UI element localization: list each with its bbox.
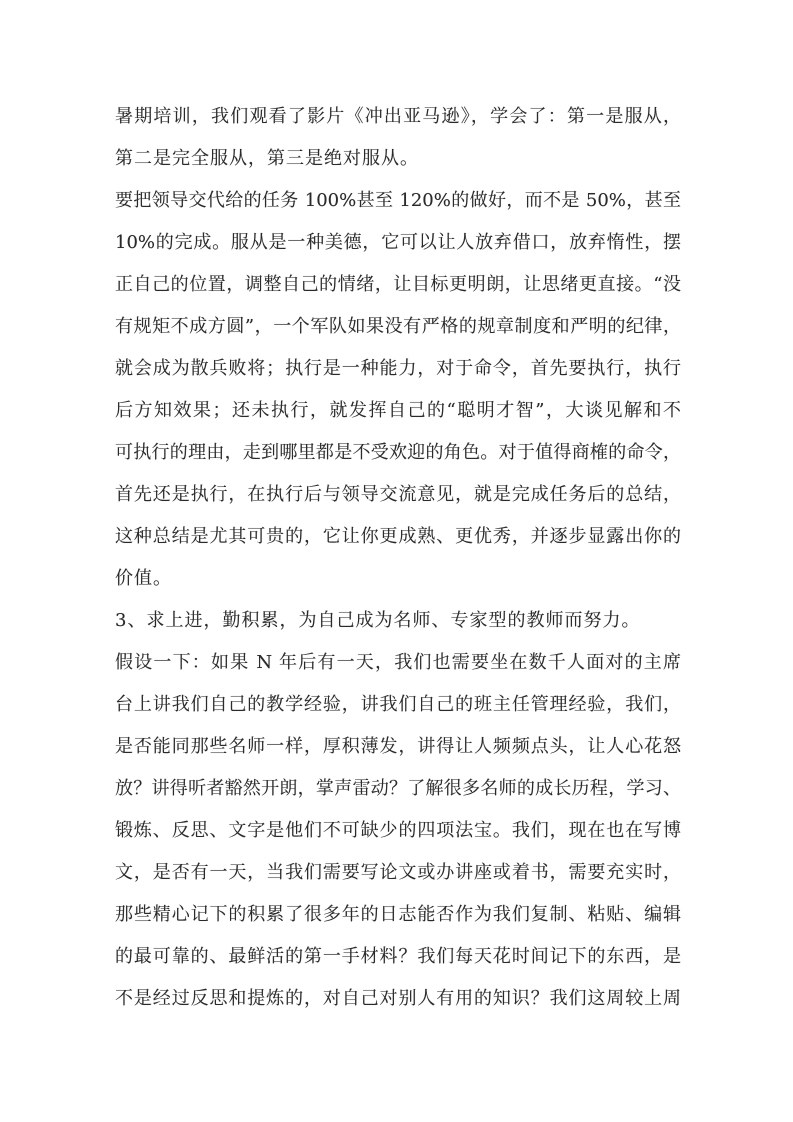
text-block: 暑期培训，我们观看了影片《冲出亚马逊》，学会了：第一是服从， 第二是完全服从，第…: [115, 96, 681, 1020]
paragraph: 要把领导交代给的任务 100%甚至 120%的做好，而不是 50%，甚至 10%…: [115, 180, 681, 600]
paragraph: 暑期培训，我们观看了影片《冲出亚马逊》，学会了：第一是服从， 第二是完全服从，第…: [115, 96, 681, 180]
document-page: 暑期培训，我们观看了影片《冲出亚马逊》，学会了：第一是服从， 第二是完全服从，第…: [0, 0, 793, 1122]
text-line: 要把领导交代给的任务 100%甚至 120%的做好，而不是 50%，甚至: [115, 180, 681, 222]
text-line: 首先还是执行，在执行后与领导交流意见，就是完成任务后的总结，: [115, 474, 681, 516]
text-line: 锻炼、反思、文字是他们不可缺少的四项法宝。我们，现在也在写博: [115, 810, 681, 852]
text-line: 第二是完全服从，第三是绝对服从。: [115, 138, 681, 180]
text-line: 这种总结是尤其可贵的，它让你更成熟、更优秀，并逐步显露出你的: [115, 516, 681, 558]
text-line: 假设一下：如果 N 年后有一天，我们也需要坐在数千人面对的主席: [115, 642, 681, 684]
paragraph: 假设一下：如果 N 年后有一天，我们也需要坐在数千人面对的主席 台上讲我们自己的…: [115, 642, 681, 1020]
text-line: 正自己的位置，调整自己的情绪，让目标更明朗，让思绪更直接。“没: [115, 264, 681, 306]
text-line: 放？讲得听者豁然开朗，掌声雷动？了解很多名师的成长历程，学习、: [115, 768, 681, 810]
text-line: 10%的完成。服从是一种美德，它可以让人放弃借口，放弃惰性，摆: [115, 222, 681, 264]
text-line: 文，是否有一天，当我们需要写论文或办讲座或着书，需要充实时，: [115, 852, 681, 894]
text-line: 3、求上进，勤积累，为自己成为名师、专家型的教师而努力。: [115, 600, 681, 642]
text-line: 那些精心记下的积累了很多年的日志能否作为我们复制、粘贴、编辑: [115, 894, 681, 936]
text-line: 是否能同那些名师一样，厚积薄发，讲得让人频频点头，让人心花怒: [115, 726, 681, 768]
text-line: 价值。: [115, 558, 681, 600]
text-line: 暑期培训，我们观看了影片《冲出亚马逊》，学会了：第一是服从，: [115, 96, 681, 138]
text-line: 就会成为散兵败将；执行是一种能力，对于命令，首先要执行，执行: [115, 348, 681, 390]
text-line: 有规矩不成方圆”，一个军队如果没有严格的规章制度和严明的纪律，: [115, 306, 681, 348]
text-line: 不是经过反思和提炼的，对自己对别人有用的知识？我们这周较上周: [115, 978, 681, 1020]
text-line: 的最可靠的、最鲜活的第一手材料？我们每天花时间记下的东西，是: [115, 936, 681, 978]
text-line: 可执行的理由，走到哪里都是不受欢迎的角色。对于值得商榷的命令，: [115, 432, 681, 474]
paragraph: 3、求上进，勤积累，为自己成为名师、专家型的教师而努力。: [115, 600, 681, 642]
text-line: 台上讲我们自己的教学经验，讲我们自己的班主任管理经验，我们，: [115, 684, 681, 726]
text-line: 后方知效果；还未执行，就发挥自己的“聪明才智”，大谈见解和不: [115, 390, 681, 432]
